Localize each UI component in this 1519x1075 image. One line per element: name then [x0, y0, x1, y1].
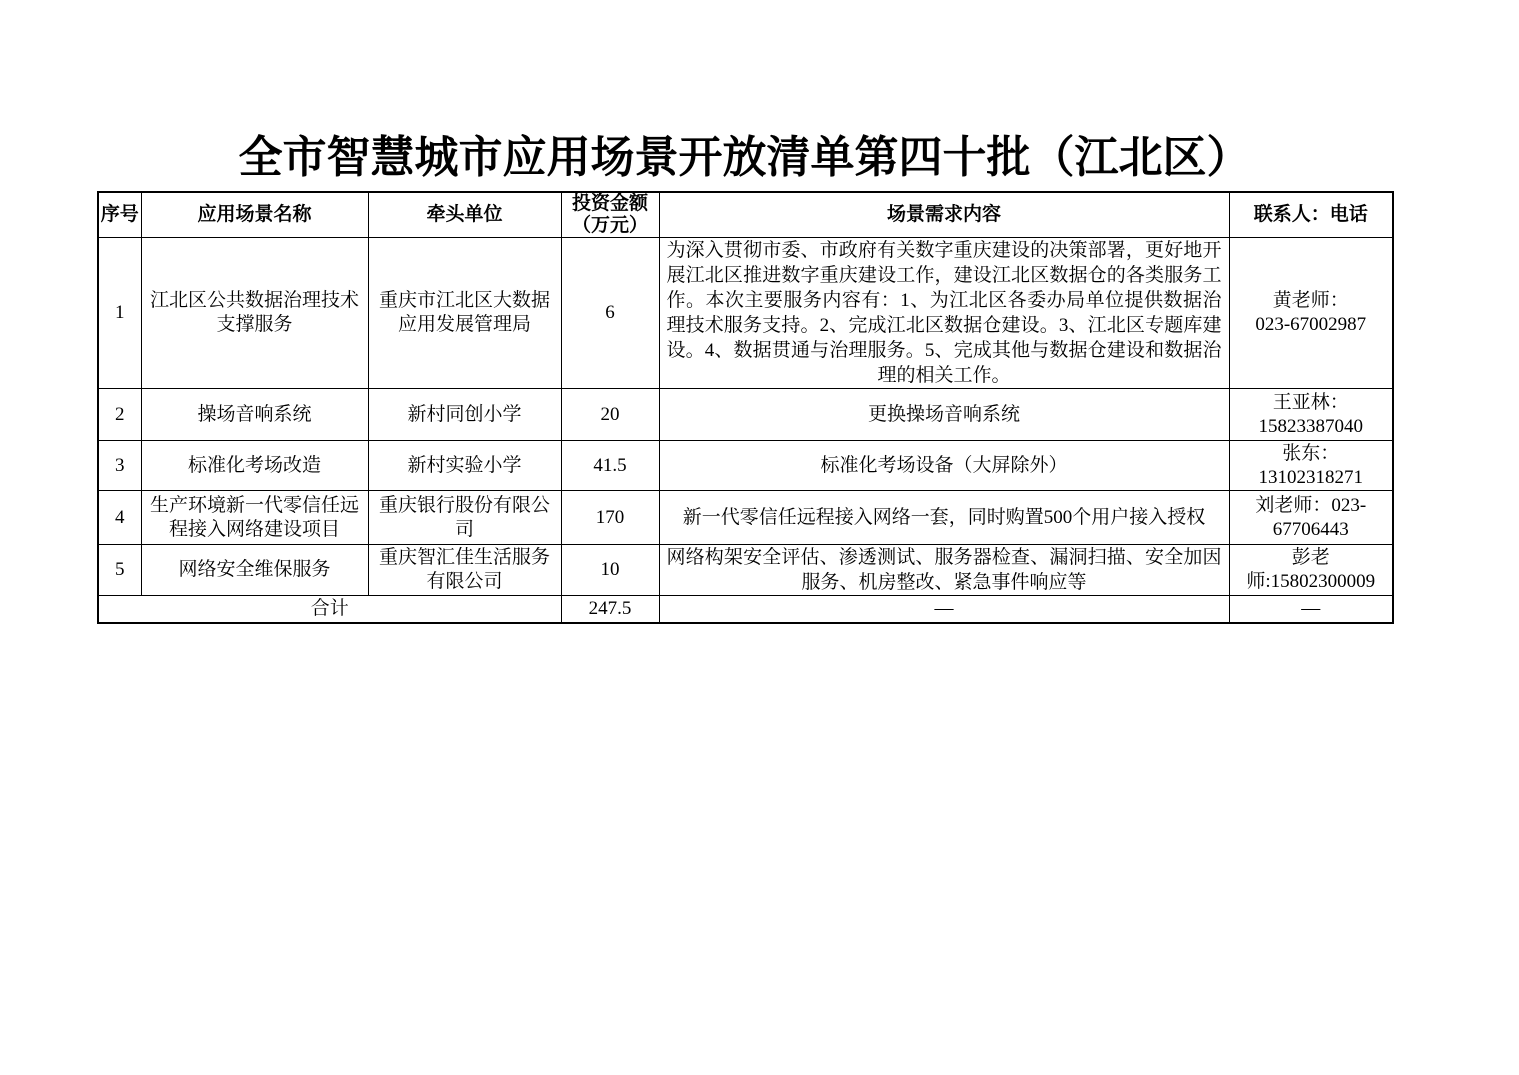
scenario-requirements: 为深入贯彻市委、市政府有关数字重庆建设的决策部署，更好地开展江北区推进数字重庆建… [659, 238, 1229, 389]
lead-unit: 重庆市江北区大数据应用发展管理局 [368, 238, 561, 389]
scenario-name: 生产环境新一代零信任远程接入网络建设项目 [141, 491, 368, 545]
investment-amount: 170 [561, 491, 659, 545]
total-row: 合计 247.5 — — [98, 596, 1393, 623]
row-number: 5 [98, 545, 141, 596]
table-row: 4 生产环境新一代零信任远程接入网络建设项目 重庆银行股份有限公司 170 新一… [98, 491, 1393, 545]
col-header-contact: 联系人：电话 [1229, 192, 1393, 238]
table-header-row: 序号 应用场景名称 牵头单位 投资金额 （万元） 场景需求内容 联系人：电话 [98, 192, 1393, 238]
scenario-name: 江北区公共数据治理技术支撑服务 [141, 238, 368, 389]
scenario-requirements: 网络构架安全评估、渗透测试、服务器检查、漏洞扫描、安全加因服务、机房整改、紧急事… [659, 545, 1229, 596]
contact-info: 刘老师：023- 67706443 [1229, 491, 1393, 545]
scenario-requirements: 更换操场音响系统 [659, 389, 1229, 441]
table-row: 2 操场音响系统 新村同创小学 20 更换操场音响系统 王亚林： 1582338… [98, 389, 1393, 441]
scenario-table: 序号 应用场景名称 牵头单位 投资金额 （万元） 场景需求内容 联系人：电话 1… [97, 191, 1394, 624]
investment-amount: 20 [561, 389, 659, 441]
row-number: 1 [98, 238, 141, 389]
investment-amount: 6 [561, 238, 659, 389]
lead-unit: 新村实验小学 [368, 441, 561, 491]
total-label: 合计 [98, 596, 561, 623]
page-title: 全市智慧城市应用场景开放清单第四十批（江北区） [97, 121, 1392, 185]
total-contact-dash: — [1229, 596, 1393, 623]
document-page: 全市智慧城市应用场景开放清单第四十批（江北区） 序号 应用场景名称 牵头单位 投… [0, 0, 1519, 1075]
table-row: 1 江北区公共数据治理技术支撑服务 重庆市江北区大数据应用发展管理局 6 为深入… [98, 238, 1393, 389]
lead-unit: 重庆智汇佳生活服务有限公司 [368, 545, 561, 596]
row-number: 4 [98, 491, 141, 545]
contact-info: 彭老 师:15802300009 [1229, 545, 1393, 596]
col-header-no: 序号 [98, 192, 141, 238]
scenario-requirements: 新一代零信任远程接入网络一套，同时购置500个用户接入授权 [659, 491, 1229, 545]
col-header-investment: 投资金额 （万元） [561, 192, 659, 238]
col-header-scenario-name: 应用场景名称 [141, 192, 368, 238]
col-header-lead-unit: 牵头单位 [368, 192, 561, 238]
investment-amount: 10 [561, 545, 659, 596]
lead-unit: 新村同创小学 [368, 389, 561, 441]
total-content-dash: — [659, 596, 1229, 623]
row-number: 3 [98, 441, 141, 491]
contact-info: 黄老师： 023-67002987 [1229, 238, 1393, 389]
table-row: 3 标准化考场改造 新村实验小学 41.5 标准化考场设备（大屏除外） 张东： … [98, 441, 1393, 491]
table-row: 5 网络安全维保服务 重庆智汇佳生活服务有限公司 10 网络构架安全评估、渗透测… [98, 545, 1393, 596]
lead-unit: 重庆银行股份有限公司 [368, 491, 561, 545]
row-number: 2 [98, 389, 141, 441]
scenario-name: 网络安全维保服务 [141, 545, 368, 596]
scenario-requirements: 标准化考场设备（大屏除外） [659, 441, 1229, 491]
scenario-name: 标准化考场改造 [141, 441, 368, 491]
total-amount: 247.5 [561, 596, 659, 623]
contact-info: 张东： 13102318271 [1229, 441, 1393, 491]
investment-amount: 41.5 [561, 441, 659, 491]
contact-info: 王亚林： 15823387040 [1229, 389, 1393, 441]
col-header-requirements: 场景需求内容 [659, 192, 1229, 238]
scenario-name: 操场音响系统 [141, 389, 368, 441]
